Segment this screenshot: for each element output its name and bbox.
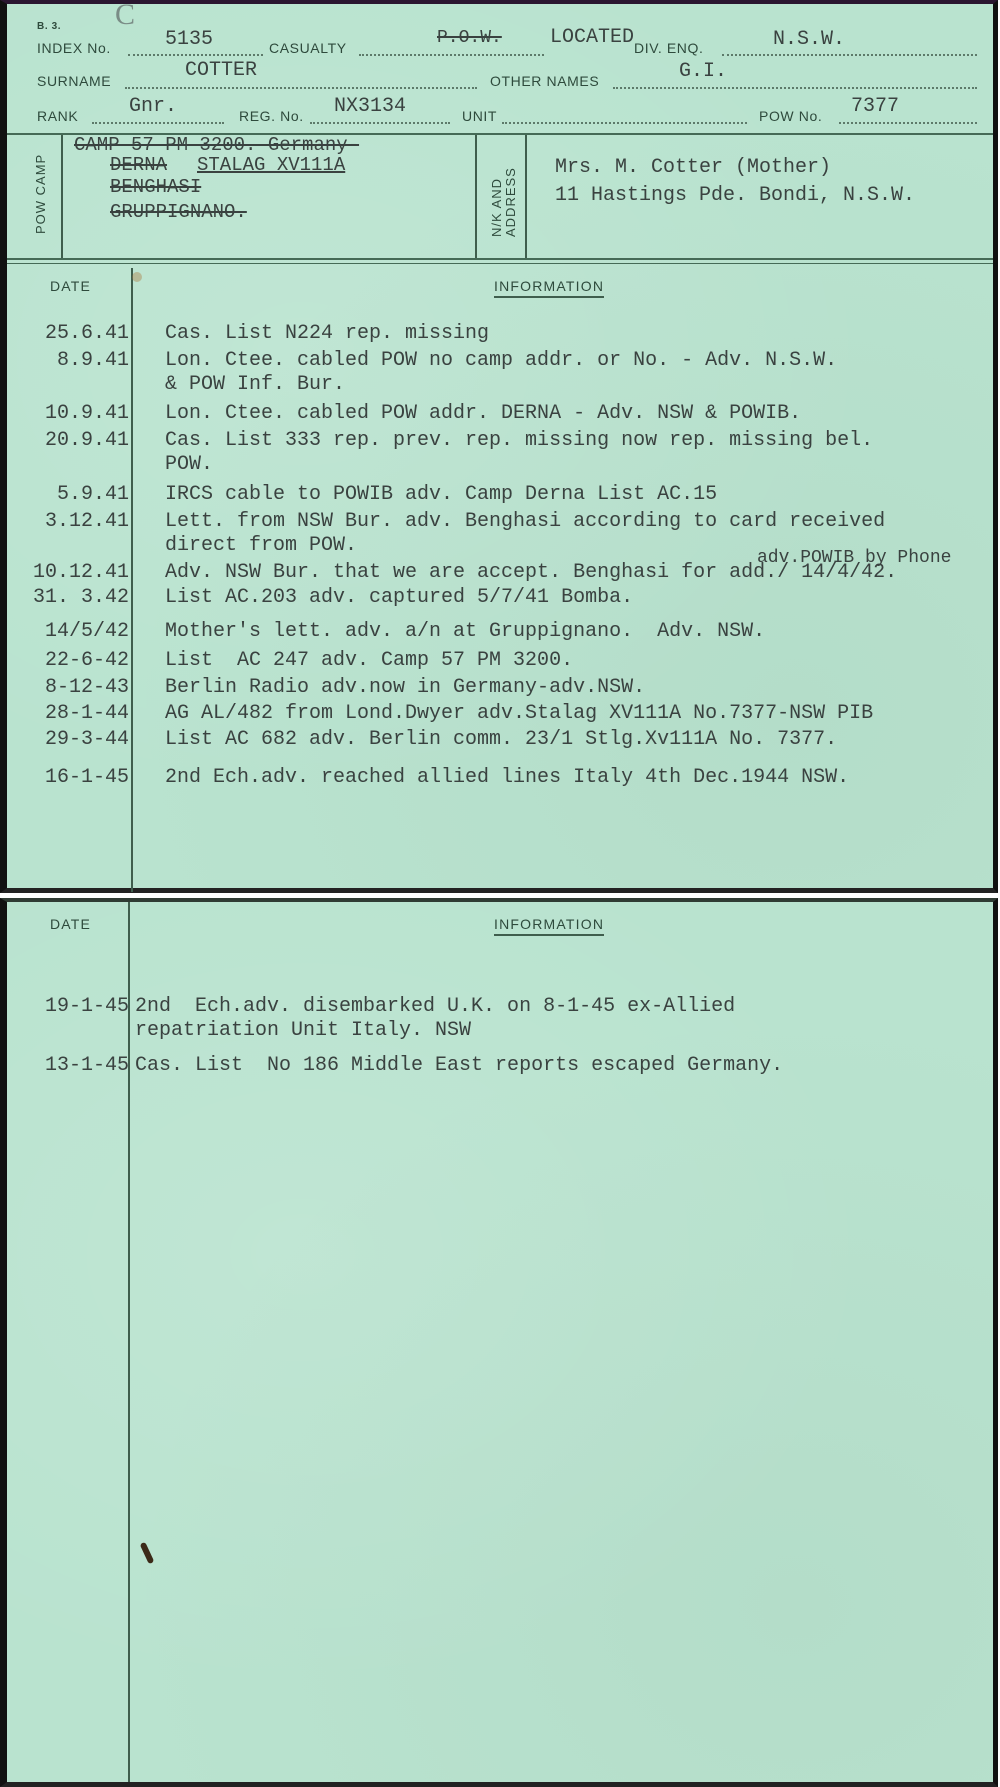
record-card-front: B. 3. C INDEX No. 5135 CASUALTY P.O.W. L…: [0, 0, 998, 893]
form-code: B. 3.: [37, 21, 61, 32]
entry-information: AG AL/482 from Lond.Dwyer adv.Stalag XV1…: [165, 702, 873, 726]
pow-camp-line: BENGHASI: [110, 176, 201, 198]
surname-value: COTTER: [185, 59, 257, 82]
entry-date: 8-12-43: [45, 676, 129, 699]
entry-date: 22-6-42: [45, 649, 129, 672]
entry-information: List AC.203 adv. captured 5/7/41 Bomba.: [165, 586, 633, 610]
information-column-header: INFORMATION: [494, 916, 604, 936]
entry-date: 10.12.41: [33, 561, 129, 584]
rank-label: RANK: [37, 108, 78, 124]
casualty-label: CASUALTY: [269, 40, 347, 56]
entry-information: 2nd Ech.adv. reached allied lines Italy …: [165, 766, 849, 790]
index-no-label: INDEX No.: [37, 40, 111, 56]
entry-date: 13-1-45: [45, 1054, 129, 1077]
reg-no-label: REG. No.: [239, 108, 304, 124]
nok-address: 11 Hastings Pde. Bondi, N.S.W.: [555, 184, 915, 207]
entry-date: 25.6.41: [45, 322, 129, 345]
casualty-struck-value: P.O.W.: [437, 28, 502, 48]
entry-date: 3.12.41: [45, 510, 129, 533]
pow-no-label: POW No.: [759, 108, 822, 124]
entry-information: Cas. List 333 rep. prev. rep. missing no…: [165, 429, 873, 477]
entry-date: 5.9.41: [57, 483, 129, 506]
entry-date: 20.9.41: [45, 429, 129, 452]
entry-date: 10.9.41: [45, 402, 129, 425]
pow-no-value: 7377: [851, 95, 899, 118]
date-column-divider: [131, 268, 133, 892]
information-column-header: INFORMATION: [494, 278, 604, 298]
div-enq-label: DIV. ENQ.: [634, 40, 703, 56]
entry-information: Cas. List No 186 Middle East reports esc…: [135, 1054, 783, 1078]
pow-camp-line: CAMP 57 PM 3200. Germany-: [74, 134, 359, 156]
entry-information: Lon. Ctee. cabled POW no camp addr. or N…: [165, 349, 837, 397]
entry-information: 2nd Ech.adv. disembarked U.K. on 8-1-45 …: [135, 995, 735, 1043]
pow-camp-line: STALAG XV111A: [197, 154, 345, 176]
entry-date: 28-1-44: [45, 702, 129, 725]
entry-date: 8.9.41: [57, 349, 129, 372]
reg-no-value: NX3134: [334, 95, 406, 118]
pow-camp-line: DERNA: [110, 154, 167, 176]
nok-label: N/K AND ADDRESS: [490, 167, 518, 237]
entry-information: Berlin Radio adv.now in Germany-adv.NSW.: [165, 676, 645, 700]
surname-label: SURNAME: [37, 73, 111, 89]
nok-name: Mrs. M. Cotter (Mother): [555, 156, 831, 179]
entry-date: 29-3-44: [45, 728, 129, 751]
entry-information: IRCS cable to POWIB adv. Camp Derna List…: [165, 483, 717, 507]
entry-information: List AC 247 adv. Camp 57 PM 3200.: [165, 649, 573, 673]
handwritten-mark: C: [115, 0, 135, 32]
entry-information: Cas. List N224 rep. missing: [165, 322, 489, 346]
entry-information: Mother's lett. adv. a/n at Gruppignano. …: [165, 620, 765, 644]
entry-date: 31. 3.42: [33, 586, 129, 609]
pow-camp-label: POW CAMP: [34, 154, 48, 234]
date-column-header: DATE: [50, 278, 91, 294]
stain: [132, 272, 142, 282]
date-column-header: DATE: [50, 916, 91, 932]
casualty-value: LOCATED: [550, 26, 634, 49]
other-names-value: G.I.: [679, 60, 727, 83]
entry-date: 14/5/42: [45, 620, 129, 643]
unit-label: UNIT: [462, 108, 497, 124]
other-names-label: OTHER NAMES: [490, 73, 599, 89]
record-card-back: DATE INFORMATION 19-1-452nd Ech.adv. dis…: [0, 898, 998, 1787]
entry-information: Lon. Ctee. cabled POW addr. DERNA - Adv.…: [165, 402, 801, 426]
entry-date: 16-1-45: [45, 766, 129, 789]
div-enq-value: N.S.W.: [773, 28, 845, 51]
margin-note: adv.POWIB by Phone: [757, 548, 951, 568]
entry-date: 19-1-45: [45, 995, 129, 1018]
entry-information: List AC 682 adv. Berlin comm. 23/1 Stlg.…: [165, 728, 837, 752]
date-column-divider: [128, 902, 130, 1782]
rank-value: Gnr.: [129, 95, 177, 118]
index-no-value: 5135: [165, 28, 213, 51]
pow-camp-line: GRUPPIGNANO.: [110, 201, 247, 223]
debris-mark: [140, 1542, 155, 1564]
